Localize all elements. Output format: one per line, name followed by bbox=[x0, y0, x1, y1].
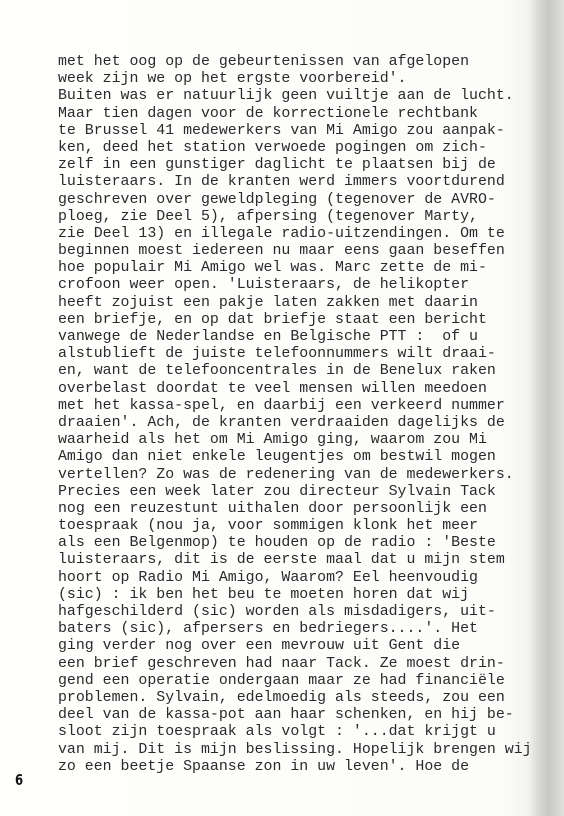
text-line: een brief geschreven had naar Tack. Ze m… bbox=[58, 656, 532, 673]
body-text: met het oog op de gebeurtenissen van afg… bbox=[58, 54, 532, 776]
text-line: vertellen? Zo was de redenering van de m… bbox=[58, 467, 532, 484]
text-line: (sic) : ik ben het beu te moeten horen d… bbox=[58, 587, 532, 604]
text-line: deel van de kassa-pot aan haar schenken,… bbox=[58, 707, 532, 724]
text-line: overbelast doordat te veel mensen willen… bbox=[58, 381, 532, 398]
text-line: hoe populair Mi Amigo wel was. Marc zett… bbox=[58, 260, 532, 277]
text-line: zo een beetje Spaanse zon in uw leven'. … bbox=[58, 759, 532, 776]
text-line: problemen. Sylvain, edelmoedig als steed… bbox=[58, 690, 532, 707]
text-line: luisteraars, dit is de eerste maal dat u… bbox=[58, 552, 532, 569]
text-line: met het kassa-spel, en daarbij een verke… bbox=[58, 398, 532, 415]
text-line: week zijn we op het ergste voorbereid'. bbox=[58, 71, 532, 88]
book-page: met het oog op de gebeurtenissen van afg… bbox=[0, 0, 564, 816]
text-line: geschreven over geweldpleging (tegenover… bbox=[58, 192, 532, 209]
text-line: Buiten was er natuurlijk geen vuiltje aa… bbox=[58, 88, 532, 105]
text-line: en, want de telefooncentrales in de Bene… bbox=[58, 363, 532, 380]
text-line: van mij. Dit is mijn beslissing. Hopelij… bbox=[58, 742, 532, 759]
text-line: draaien'. Ach, de kranten verdraaiden da… bbox=[58, 415, 532, 432]
text-line: zie Deel 13) en illegale radio-uitzendin… bbox=[58, 226, 532, 243]
page-number: 6 bbox=[15, 771, 23, 789]
text-line: ploeg, zie Deel 5), afpersing (tegenover… bbox=[58, 209, 532, 226]
text-line: beginnen moest iedereen nu maar eens gaa… bbox=[58, 243, 532, 260]
text-line: crofoon weer open. 'Luisteraars, de heli… bbox=[58, 277, 532, 294]
text-line: te Brussel 41 medewerkers van Mi Amigo z… bbox=[58, 123, 532, 140]
text-line: zelf in een gunstiger daglicht te plaats… bbox=[58, 157, 532, 174]
text-line: sloot zijn toespraak als volgt : '...dat… bbox=[58, 724, 532, 741]
text-line: ging verder nog over een mevrouw uit Gen… bbox=[58, 638, 532, 655]
text-line: een briefje, en op dat briefje staat een… bbox=[58, 312, 532, 329]
text-line: vanwege de Nederlandse en Belgische PTT … bbox=[58, 329, 532, 346]
text-line: als een Belgenmop) te houden op de radio… bbox=[58, 535, 532, 552]
text-line: baters (sic), afpersers en bedriegers...… bbox=[58, 621, 532, 638]
text-line: Amigo dan niet enkele leugentjes om best… bbox=[58, 449, 532, 466]
text-line: hoort op Radio Mi Amigo, Waarom? Eel hee… bbox=[58, 570, 532, 587]
text-line: gend een operatie ondergaan maar ze had … bbox=[58, 673, 532, 690]
text-line: luisteraars. In de kranten werd immers v… bbox=[58, 174, 532, 191]
text-line: toespraak (nou ja, voor sommigen klonk h… bbox=[58, 518, 532, 535]
text-line: waarheid als het om Mi Amigo ging, waaro… bbox=[58, 432, 532, 449]
text-line: Precies een week later zou directeur Syl… bbox=[58, 484, 532, 501]
text-line: met het oog op de gebeurtenissen van afg… bbox=[58, 54, 532, 71]
text-line: ken, deed het station verwoede pogingen … bbox=[58, 140, 532, 157]
text-line: alstublieft de juiste telefoonnummers wi… bbox=[58, 346, 532, 363]
text-line: hafgeschilderd (sic) worden als misdadig… bbox=[58, 604, 532, 621]
text-line: nog een reuzestunt uithalen door persoon… bbox=[58, 501, 532, 518]
text-line: heeft zojuist een pakje laten zakken met… bbox=[58, 295, 532, 312]
text-line: Maar tien dagen voor de korrectionele re… bbox=[58, 106, 532, 123]
